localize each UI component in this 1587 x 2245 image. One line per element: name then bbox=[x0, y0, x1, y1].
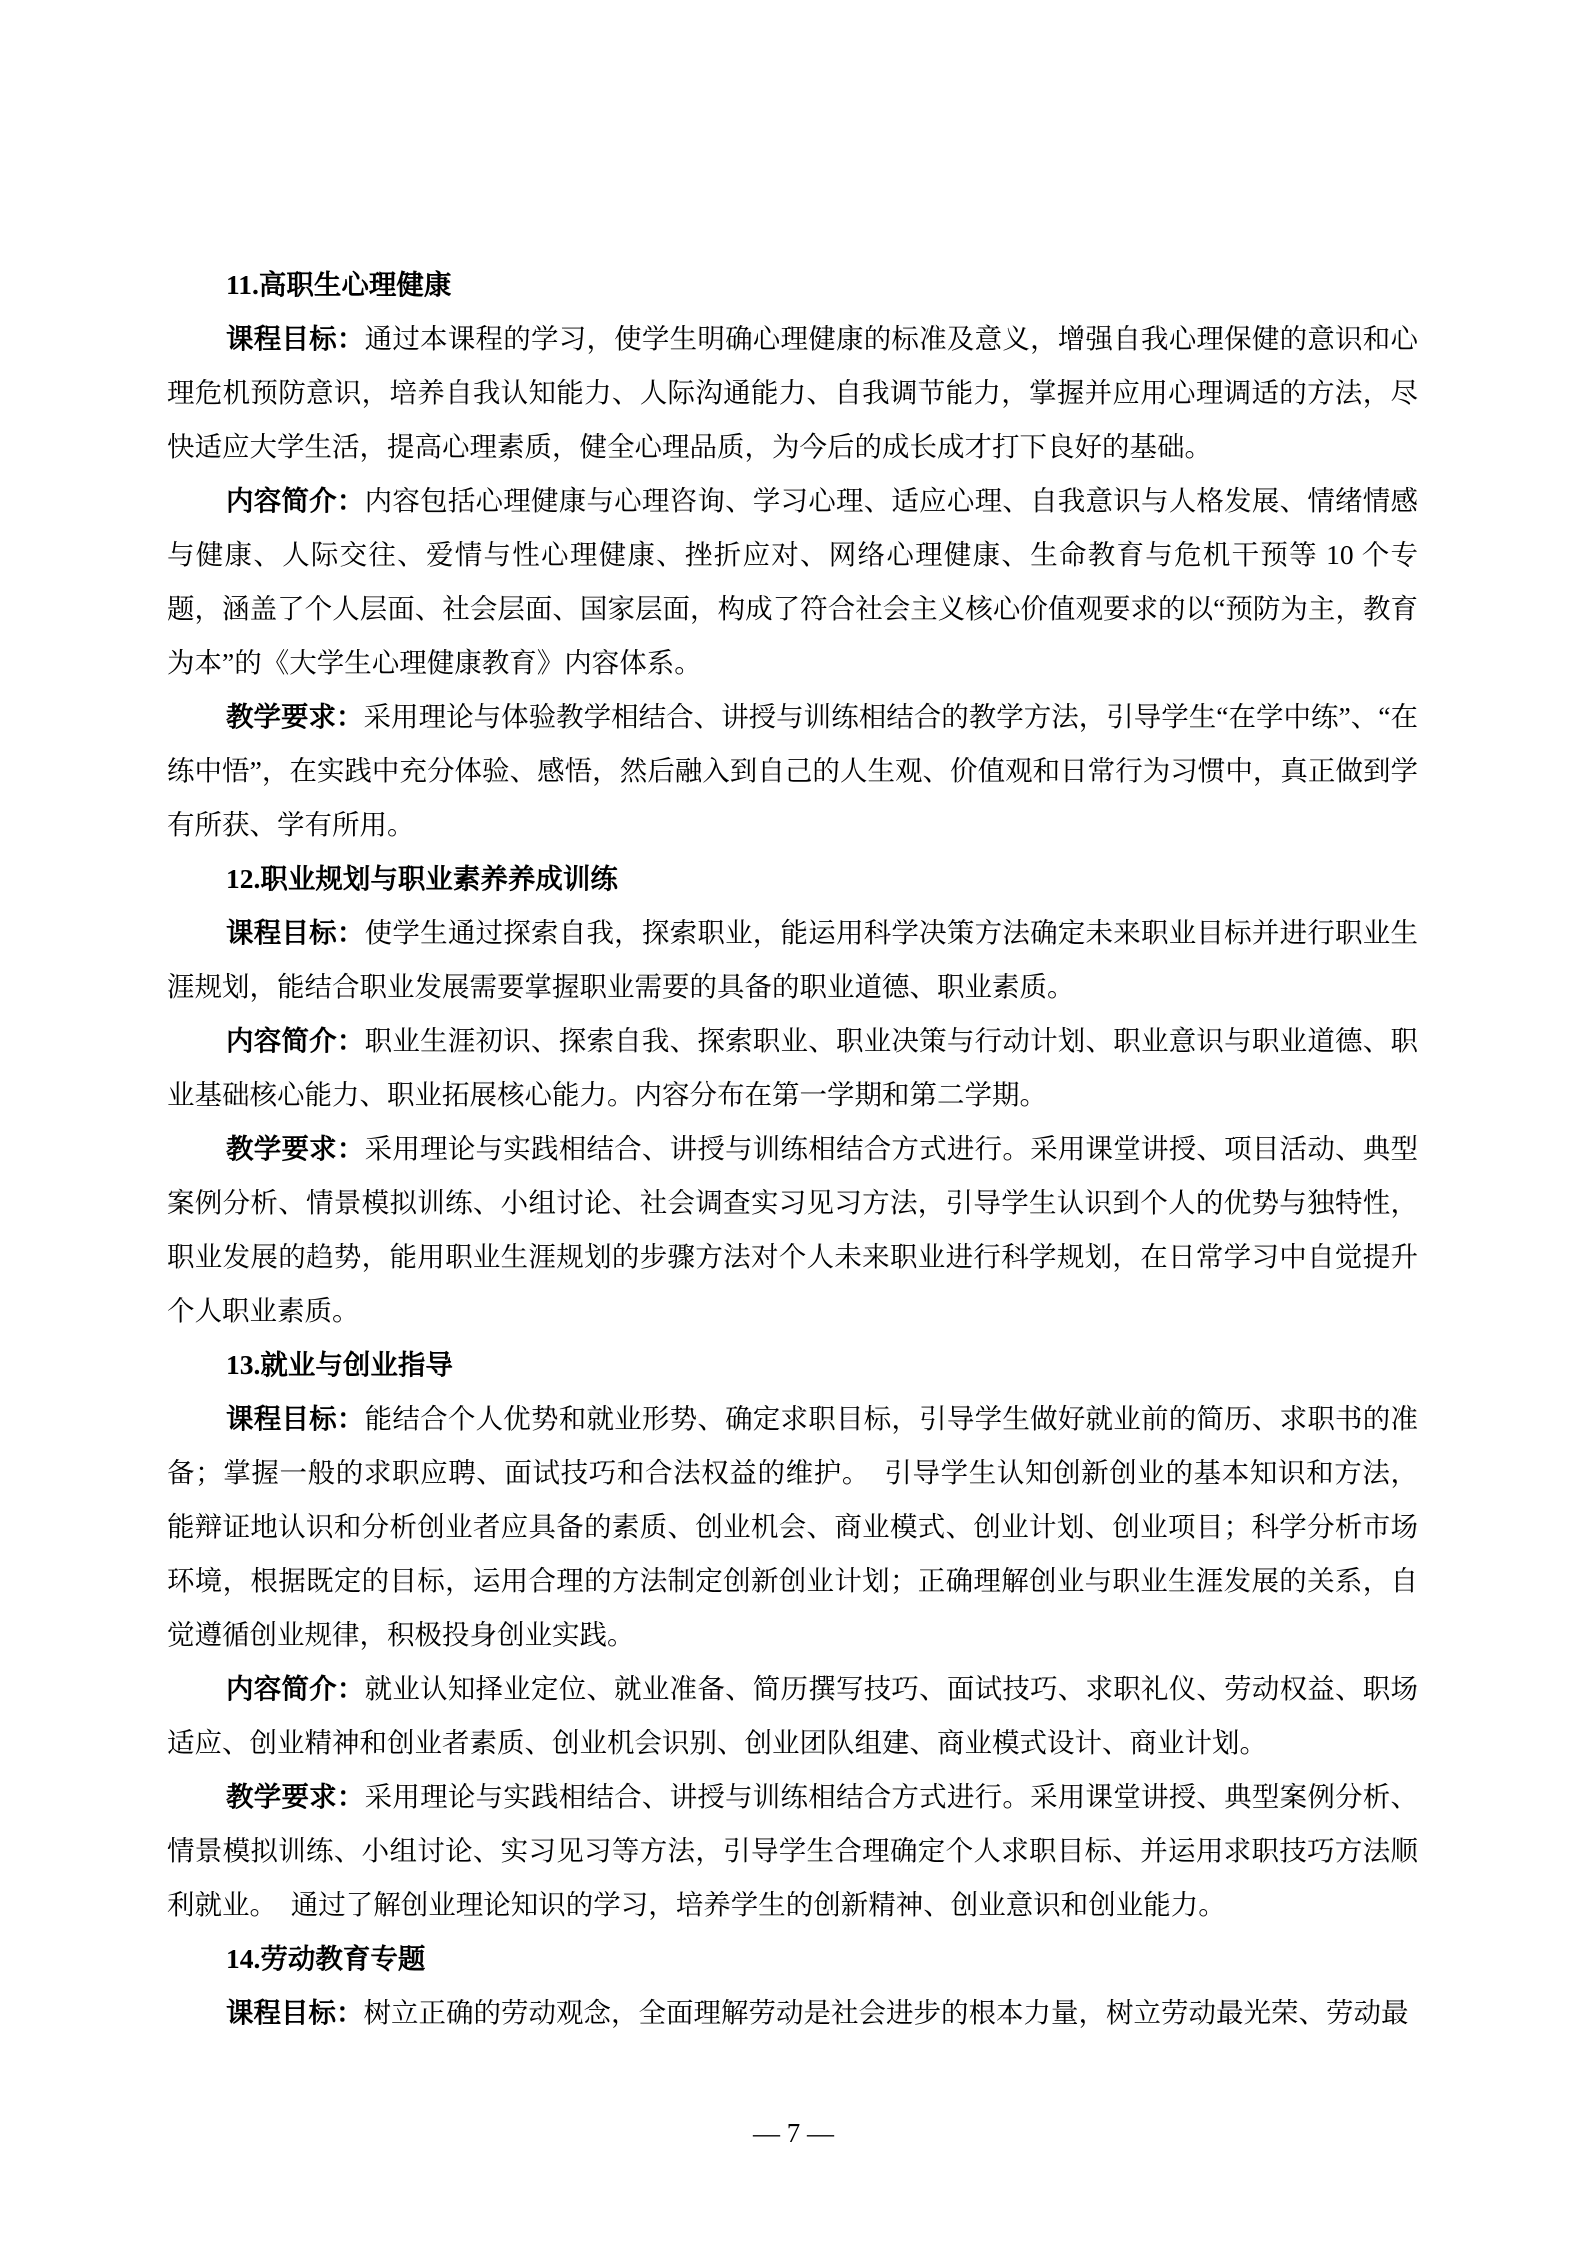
section-mental-health: 11.高职生心理健康 课程目标：通过本课程的学习，使学生明确心理健康的标准及意义… bbox=[167, 258, 1418, 852]
paragraph-text: 能结合个人优势和就业形势、确定求职目标，引导学生做好就业前的简历、求职书的准备；… bbox=[167, 1403, 1418, 1650]
paragraph-label: 课程目标： bbox=[226, 1997, 364, 2028]
document-body: 11.高职生心理健康 课程目标：通过本课程的学习，使学生明确心理健康的标准及意义… bbox=[167, 258, 1418, 2040]
paragraph-content-intro: 内容简介：就业认知择业定位、就业准备、简历撰写技巧、面试技巧、求职礼仪、劳动权益… bbox=[167, 1662, 1418, 1770]
section-heading: 14.劳动教育专题 bbox=[167, 1932, 1418, 1986]
paragraph-course-goal: 课程目标：通过本课程的学习，使学生明确心理健康的标准及意义，增强自我心理保健的意… bbox=[167, 312, 1418, 474]
paragraph-label: 课程目标： bbox=[226, 1403, 365, 1434]
section-heading: 12.职业规划与职业素养养成训练 bbox=[167, 852, 1418, 906]
paragraph-label: 内容简介： bbox=[226, 485, 365, 516]
paragraph-course-goal: 课程目标：树立正确的劳动观念，全面理解劳动是社会进步的根本力量，树立劳动最光荣、… bbox=[167, 1986, 1418, 2040]
section-employment-entrepreneurship: 13.就业与创业指导 课程目标：能结合个人优势和就业形势、确定求职目标，引导学生… bbox=[167, 1338, 1418, 1932]
paragraph-label: 课程目标： bbox=[226, 917, 365, 948]
paragraph-content-intro: 内容简介：职业生涯初识、探索自我、探索职业、职业决策与行动计划、职业意识与职业道… bbox=[167, 1014, 1418, 1122]
paragraph-course-goal: 课程目标：能结合个人优势和就业形势、确定求职目标，引导学生做好就业前的简历、求职… bbox=[167, 1392, 1418, 1662]
section-career-planning: 12.职业规划与职业素养养成训练 课程目标：使学生通过探索自我，探索职业，能运用… bbox=[167, 852, 1418, 1338]
document-page: 11.高职生心理健康 课程目标：通过本课程的学习，使学生明确心理健康的标准及意义… bbox=[0, 0, 1587, 2245]
page-number: — 7 — bbox=[753, 2118, 834, 2148]
paragraph-course-goal: 课程目标：使学生通过探索自我，探索职业，能运用科学决策方法确定未来职业目标并进行… bbox=[167, 906, 1418, 1014]
paragraph-label: 教学要求： bbox=[226, 1133, 365, 1164]
paragraph-text: 树立正确的劳动观念，全面理解劳动是社会进步的根本力量，树立劳动最光荣、劳动最 bbox=[364, 1997, 1409, 2028]
paragraph-label: 教学要求： bbox=[226, 701, 364, 732]
paragraph-label: 课程目标： bbox=[226, 323, 365, 354]
paragraph-teaching-requirements: 教学要求：采用理论与体验教学相结合、讲授与训练相结合的教学方法，引导学生“在学中… bbox=[167, 690, 1418, 852]
section-labor-education: 14.劳动教育专题 课程目标：树立正确的劳动观念，全面理解劳动是社会进步的根本力… bbox=[167, 1932, 1418, 2040]
paragraph-content-intro: 内容简介：内容包括心理健康与心理咨询、学习心理、适应心理、自我意识与人格发展、情… bbox=[167, 474, 1418, 690]
section-heading: 11.高职生心理健康 bbox=[167, 258, 1418, 312]
paragraph-teaching-requirements: 教学要求：采用理论与实践相结合、讲授与训练相结合方式进行。采用课堂讲授、典型案例… bbox=[167, 1770, 1418, 1932]
paragraph-label: 内容简介： bbox=[226, 1673, 365, 1704]
paragraph-teaching-requirements: 教学要求：采用理论与实践相结合、讲授与训练相结合方式进行。采用课堂讲授、项目活动… bbox=[167, 1122, 1418, 1338]
paragraph-label: 内容简介： bbox=[226, 1025, 365, 1056]
section-heading: 13.就业与创业指导 bbox=[167, 1338, 1418, 1392]
paragraph-label: 教学要求： bbox=[226, 1781, 365, 1812]
page-footer: — 7 — bbox=[0, 2106, 1587, 2160]
